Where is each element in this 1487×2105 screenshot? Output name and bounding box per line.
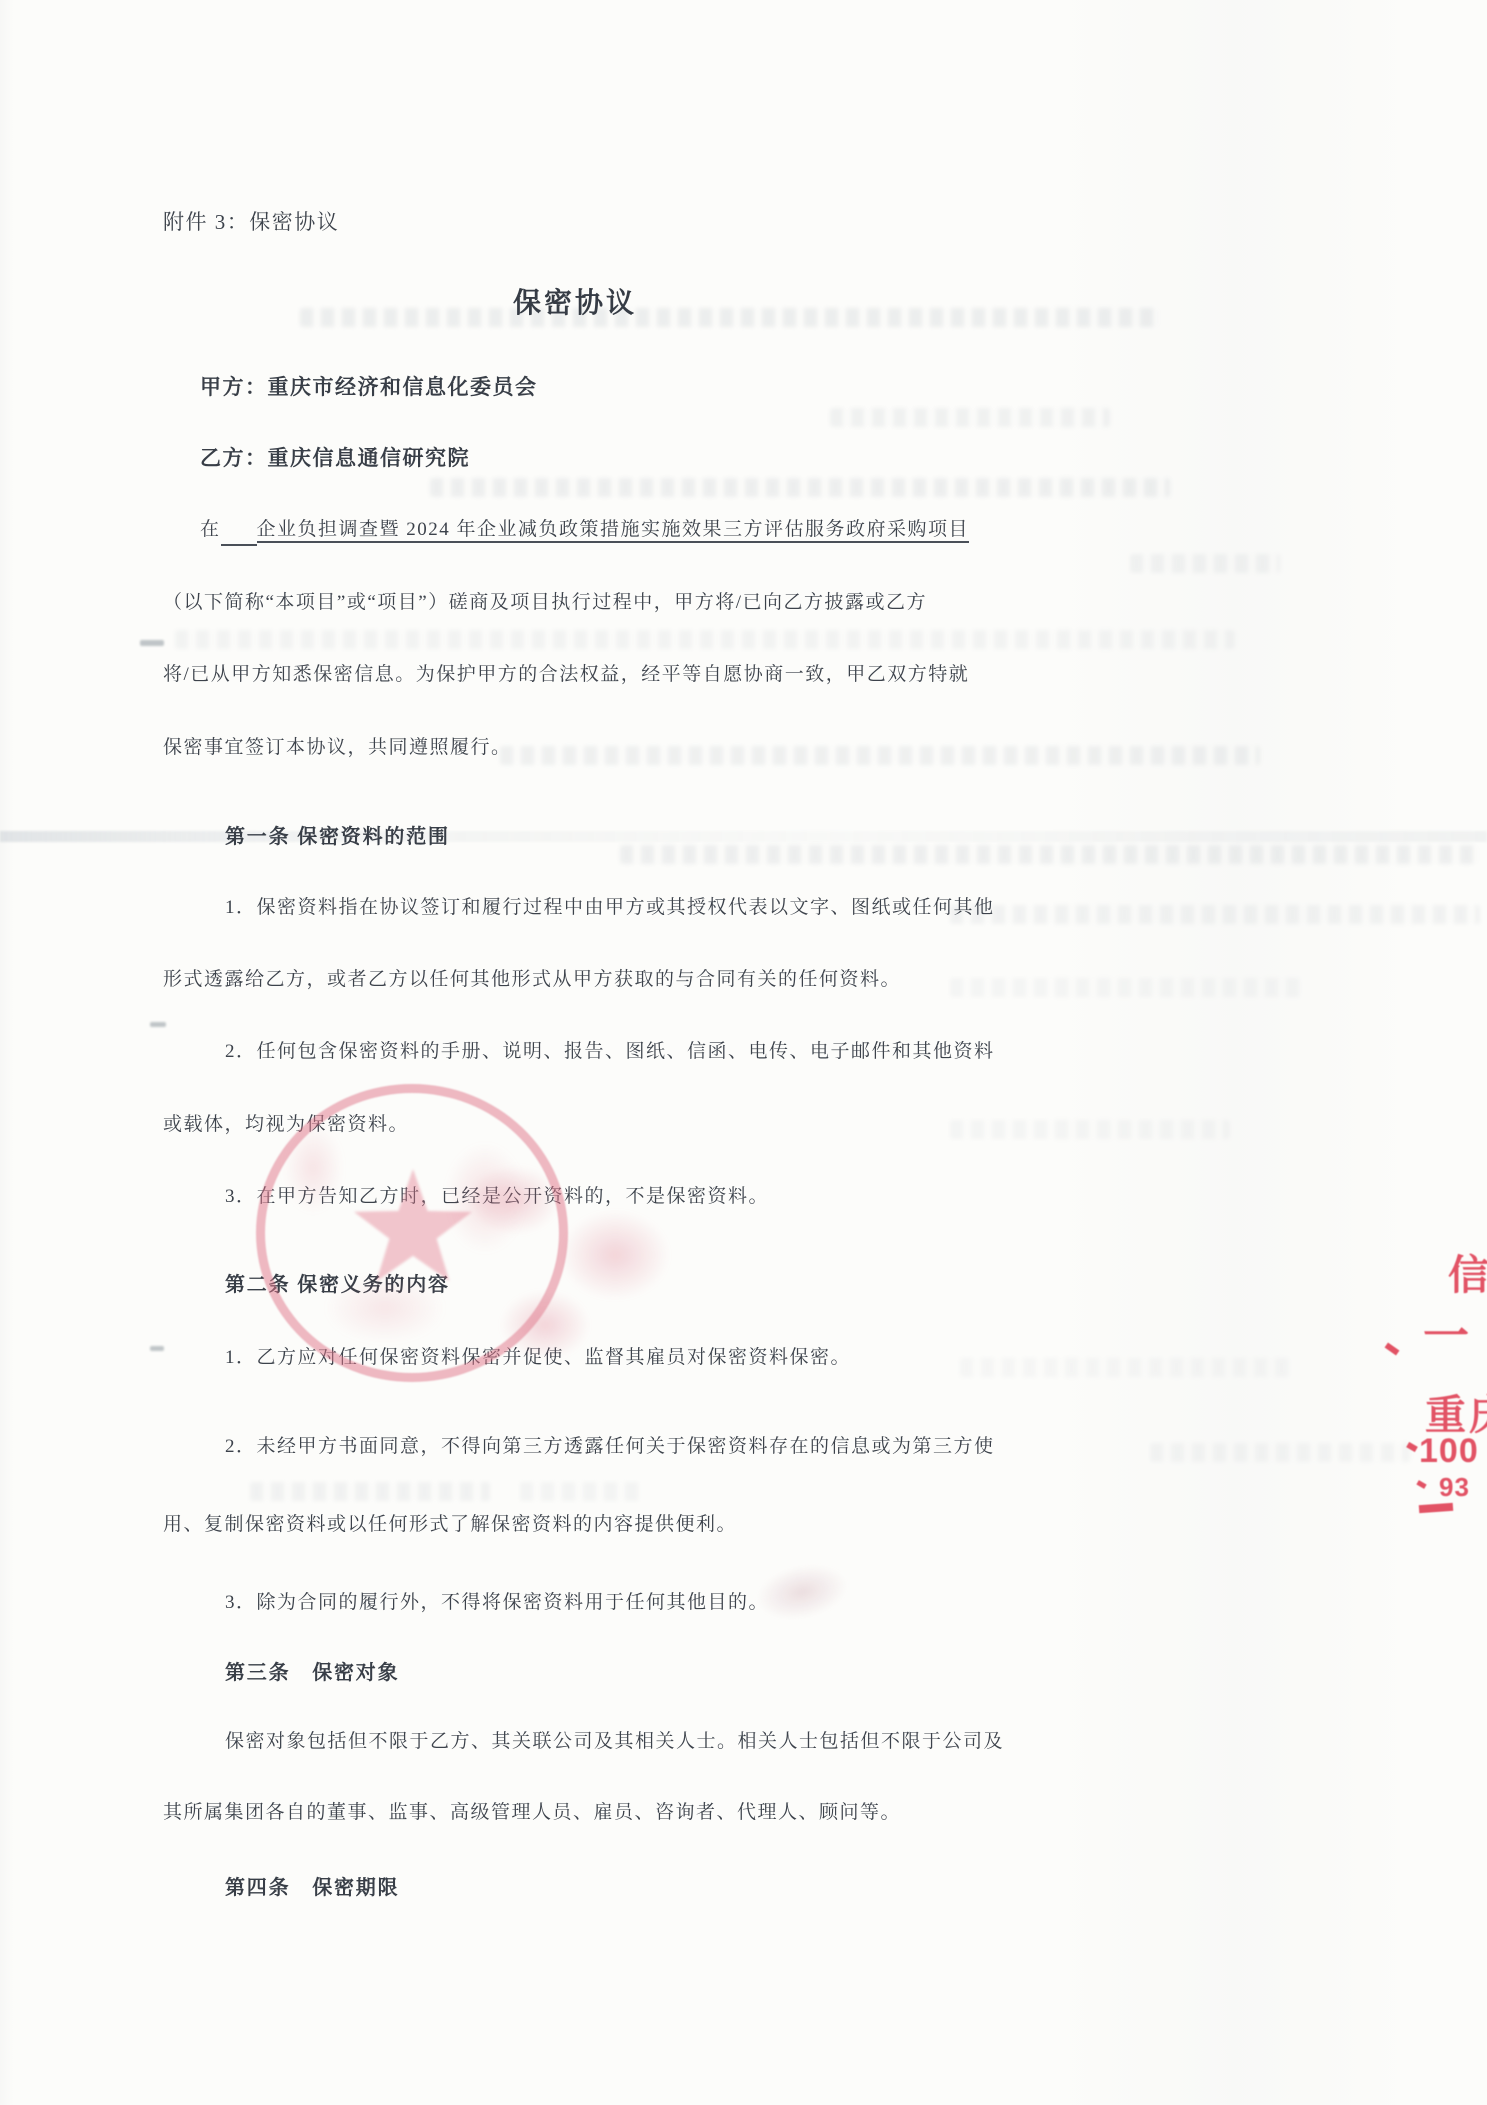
scan-mark xyxy=(140,640,164,646)
project-name-underlined: 企业负担调查暨 2024 年企业减负政策措施实施效果三方评估服务政府采购项目 xyxy=(257,519,970,543)
bleed-through-artifact xyxy=(250,1482,490,1501)
intro-prefix: 在 xyxy=(200,519,221,540)
bleed-through-artifact xyxy=(520,1482,640,1501)
section-1-heading: 第一条 保密资料的范围 xyxy=(225,822,450,852)
stamp-ink-smudge xyxy=(500,1290,590,1360)
section-2-item-2-line-2: 用、复制保密资料或以任何形式了解保密资料的内容提供便利。 xyxy=(163,1510,737,1540)
edge-stamp-tick xyxy=(1416,1480,1426,1489)
bleed-through-artifact xyxy=(950,1120,1230,1139)
bleed-through-artifact xyxy=(1130,554,1280,573)
section-3-heading: 第三条 保密对象 xyxy=(225,1658,399,1688)
stamp-ink-smudge xyxy=(470,1165,560,1235)
intro-line-4: 保密事宜签订本协议，共同遵照履行。 xyxy=(163,733,512,763)
document-title: 保密协议 xyxy=(0,281,1150,321)
bleed-through-artifact xyxy=(830,408,1110,427)
edge-stamp-char-1: 信 xyxy=(1448,1242,1487,1301)
section-2-item-2-line-1: 2．未经甲方书面同意，不得向第三方透露任何关于保密资料存在的信息或为第三方使 xyxy=(225,1432,995,1462)
stamp-ink-blot xyxy=(283,1123,343,1213)
bleed-through-artifact xyxy=(960,1358,1290,1377)
section-1-item-1-line-1: 1．保密资料指在协议签订和履行过程中由甲方或其授权代表以文字、图纸或任何其他 xyxy=(225,893,995,923)
section-3-body-line-2: 其所属集团各自的董事、监事、高级管理人员、雇员、咨询者、代理人、顾问等。 xyxy=(163,1798,901,1828)
bleed-through-artifact xyxy=(950,978,1300,997)
section-2-item-3: 3．除为合同的履行外，不得将保密资料用于任何其他目的。 xyxy=(225,1588,769,1618)
bleed-through-artifact xyxy=(500,746,1260,765)
edge-stamp-number-1: 100 xyxy=(1419,1432,1479,1471)
party-b-line: 乙方：重庆信息通信研究院 xyxy=(200,443,470,473)
section-3-body-line-1: 保密对象包括但不限于乙方、其关联公司及其相关人士。相关人士包括但不限于公司及 xyxy=(225,1727,1004,1757)
section-1-item-1-line-2: 形式透露给乙方，或者乙方以任何其他形式从甲方获取的与合同有关的任何资料。 xyxy=(163,965,901,995)
star-icon xyxy=(351,1169,475,1293)
bleed-through-artifact xyxy=(950,905,1480,924)
scan-artifact xyxy=(0,831,1487,842)
edge-stamp-tick xyxy=(1385,1343,1400,1356)
section-4-heading: 第四条 保密期限 xyxy=(225,1873,399,1903)
scan-mark xyxy=(150,1022,166,1027)
scan-mark xyxy=(150,1346,164,1351)
bleed-through-artifact xyxy=(175,630,1235,649)
party-a-line: 甲方：重庆市经济和信息化委员会 xyxy=(200,372,538,402)
bleed-through-artifact xyxy=(430,478,1170,497)
intro-line-3: 将/已从甲方知悉保密信息。为保护甲方的合法权益，经平等自愿协商一致，甲乙双方特就 xyxy=(163,660,969,690)
stamp-ink-smudge xyxy=(560,1210,670,1300)
bleed-through-artifact xyxy=(620,845,1480,864)
bleed-through-artifact xyxy=(1150,1443,1410,1462)
intro-line-1: 在企业负担调查暨 2024 年企业减负政策措施实施效果三方评估服务政府采购项目 xyxy=(200,515,969,546)
edge-stamp-number-2: 93 xyxy=(1439,1472,1470,1503)
edge-stamp-char-2: 一 xyxy=(1423,1300,1469,1366)
section-1-item-2-line-1: 2．任何包含保密资料的手册、说明、报告、图纸、信函、电传、电子邮件和其他资料 xyxy=(225,1037,995,1067)
scanned-document-page: 附件 3：保密协议 保密协议 甲方：重庆市经济和信息化委员会 乙方：重庆信息通信… xyxy=(0,0,1487,2105)
attachment-label: 附件 3：保密协议 xyxy=(163,207,339,237)
intro-line-2: （以下简称“本项目”或“项目”）磋商及项目执行过程中，甲方将/已向乙方披露或乙方 xyxy=(163,588,927,618)
edge-stamp-fragment: 信 一 重庆 100 93 xyxy=(1415,1238,1487,1528)
blank-underline xyxy=(221,524,257,546)
edge-stamp-tick xyxy=(1419,1503,1453,1513)
